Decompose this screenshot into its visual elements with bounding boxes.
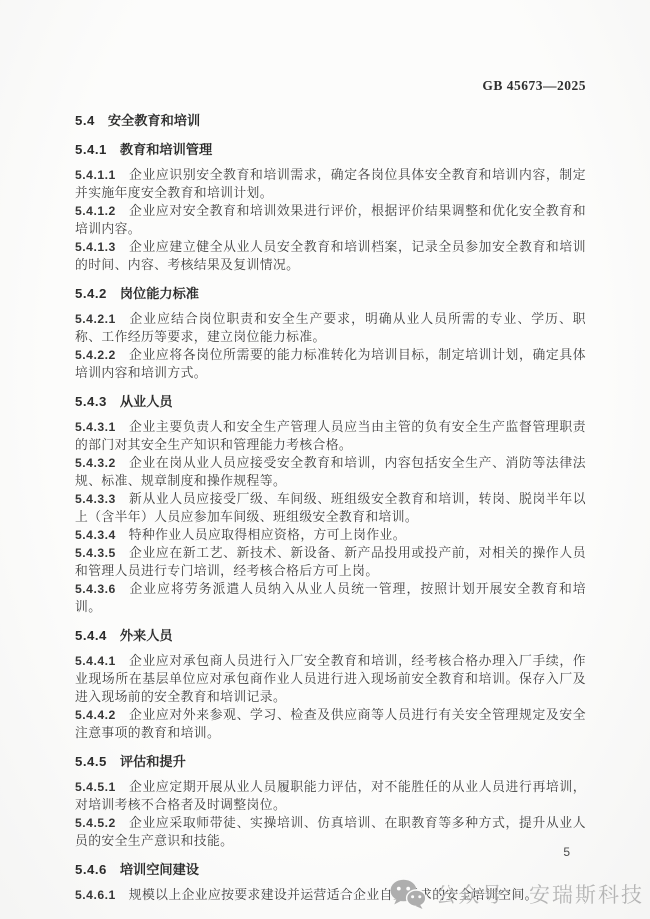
clause-number: 5.4.1 [75, 142, 107, 157]
clause-number: 5.4.5.1 [75, 780, 116, 794]
document-body: 5.4安全教育和培训5.4.1教育和培训管理5.4.1.1企业应识别安全教育和培… [75, 112, 586, 904]
clause-text: 安全教育和培训 [108, 113, 200, 128]
clause-text: 企业应将劳务派遣人员纳入从业人员统一管理，按照计划开展安全教育和培训。 [75, 582, 586, 614]
clause-text: 企业应对安全教育和培训效果进行评价，根据评价结果调整和优化安全教育和培训内容。 [75, 204, 586, 236]
clause-number: 5.4.3.2 [75, 456, 116, 470]
clause-text: 企业应识别安全教育和培训需求，确定各岗位具体安全教育和培训内容，制定并实施年度安… [75, 168, 586, 200]
standard-code: GB 45673—2025 [482, 78, 586, 94]
section-heading: 5.4安全教育和培训 [75, 112, 586, 130]
clause-number: 5.4.1.2 [75, 204, 116, 218]
clause-text: 企业应将各岗位所需要的能力标准转化为培训目标，制定培训计划，确定具体培训内容和培… [75, 348, 586, 380]
clause-text: 企业应定期开展从业人员履职能力评估，对不能胜任的从业人员进行再培训，对培训考核不… [75, 780, 586, 812]
clause-number: 5.4.3.3 [75, 492, 116, 506]
clause-text: 培训空间建设 [120, 862, 199, 877]
clause-paragraph: 5.4.1.3企业应建立健全从业人员安全教育和培训档案，记录全员参加安全教育和培… [75, 238, 586, 274]
section-heading: 5.4.5评估和提升 [75, 753, 586, 771]
clause-paragraph: 5.4.3.4特种作业人员应取得相应资格，方可上岗作业。 [75, 526, 586, 544]
clause-paragraph: 5.4.4.2企业应对外来参观、学习、检查及供应商等人员进行有关安全管理规定及安… [75, 706, 586, 742]
clause-number: 5.4.3.5 [75, 546, 116, 560]
section-heading: 5.4.3从业人员 [75, 393, 586, 411]
clause-text: 教育和培训管理 [120, 142, 212, 157]
clause-paragraph: 5.4.4.1企业应对承包商人员进行入厂安全教育和培训，经考核合格办理入厂手续，… [75, 652, 586, 706]
clause-text: 特种作业人员应取得相应资格，方可上岗作业。 [129, 528, 406, 542]
clause-text: 企业应对承包商人员进行入厂安全教育和培训，经考核合格办理入厂手续，作业现场所在基… [75, 654, 586, 704]
section-heading: 5.4.6培训空间建设 [75, 861, 586, 879]
clause-number: 5.4.3.1 [75, 420, 116, 434]
clause-paragraph: 5.4.2.1企业应结合岗位职责和安全生产要求，明确从业人员所需的专业、学历、职… [75, 310, 586, 346]
clause-number: 5.4.3.4 [75, 528, 116, 542]
clause-number: 5.4 [75, 113, 95, 128]
clause-text: 企业应建立健全从业人员安全教育和培训档案，记录全员参加安全教育和培训的时间、内容… [75, 240, 586, 272]
watermark-text: 公众号 · 安瑞斯科技 [435, 879, 644, 909]
clause-paragraph: 5.4.3.3新从业人员应接受厂级、车间级、班组级安全教育和培训，转岗、脱岗半年… [75, 490, 586, 526]
clause-text: 新从业人员应接受厂级、车间级、班组级安全教育和培训，转岗、脱岗半年以上（含半年）… [75, 492, 586, 524]
clause-text: 评估和提升 [120, 754, 186, 769]
clause-text: 企业应对外来参观、学习、检查及供应商等人员进行有关安全管理规定及安全注意事项的教… [75, 708, 586, 740]
watermark: 公众号 · 安瑞斯科技 [390, 879, 644, 909]
clause-number: 5.4.4.1 [75, 654, 116, 668]
section-heading: 5.4.2岗位能力标准 [75, 285, 586, 303]
clause-paragraph: 5.4.3.6企业应将劳务派遣人员纳入从业人员统一管理，按照计划开展安全教育和培… [75, 580, 586, 616]
clause-text: 从业人员 [120, 394, 173, 409]
clause-paragraph: 5.4.5.2企业应采取师带徒、实操培训、仿真培训、在职教育等多种方式，提升从业… [75, 814, 586, 850]
clause-paragraph: 5.4.1.1企业应识别安全教育和培训需求，确定各岗位具体安全教育和培训内容，制… [75, 166, 586, 202]
clause-number: 5.4.2.1 [75, 312, 116, 326]
clause-paragraph: 5.4.3.2企业在岗从业人员应接受安全教育和培训，内容包括安全生产、消防等法律… [75, 454, 586, 490]
clause-number: 5.4.5 [75, 754, 107, 769]
section-heading: 5.4.1教育和培训管理 [75, 141, 586, 159]
wechat-icon [390, 879, 426, 909]
clause-paragraph: 5.4.5.1企业应定期开展从业人员履职能力评估，对不能胜任的从业人员进行再培训… [75, 778, 586, 814]
clause-number: 5.4.2.2 [75, 348, 116, 362]
clause-text: 企业主要负责人和安全生产管理人员应当由主管的负有安全生产监督管理职责的部门对其安… [75, 420, 586, 452]
clause-number: 5.4.3 [75, 394, 107, 409]
clause-number: 5.4.5.2 [75, 816, 116, 830]
clause-number: 5.4.1.1 [75, 168, 116, 182]
document-page: GB 45673—2025 5.4安全教育和培训5.4.1教育和培训管理5.4.… [0, 0, 650, 919]
clause-text: 外来人员 [120, 628, 173, 643]
clause-number: 5.4.2 [75, 286, 107, 301]
clause-paragraph: 5.4.3.5企业应在新工艺、新技术、新设备、新产品投用或投产前，对相关的操作人… [75, 544, 586, 580]
section-heading: 5.4.4外来人员 [75, 627, 586, 645]
clause-number: 5.4.4 [75, 628, 107, 643]
clause-paragraph: 5.4.3.1企业主要负责人和安全生产管理人员应当由主管的负有安全生产监督管理职… [75, 418, 586, 454]
clause-text: 企业应结合岗位职责和安全生产要求，明确从业人员所需的专业、学历、职称、工作经历等… [75, 312, 586, 344]
clause-paragraph: 5.4.2.2企业应将各岗位所需要的能力标准转化为培训目标，制定培训计划，确定具… [75, 346, 586, 382]
clause-number: 5.4.1.3 [75, 240, 116, 254]
clause-text: 岗位能力标准 [120, 286, 199, 301]
clause-number: 5.4.3.6 [75, 582, 116, 596]
clause-number: 5.4.4.2 [75, 708, 116, 722]
clause-text: 企业应采取师带徒、实操培训、仿真培训、在职教育等多种方式，提升从业人员的安全生产… [75, 816, 586, 848]
clause-number: 5.4.6.1 [75, 888, 116, 902]
clause-text: 企业在岗从业人员应接受安全教育和培训，内容包括安全生产、消防等法律法规、标准、规… [75, 456, 586, 488]
clause-number: 5.4.6 [75, 862, 107, 877]
clause-paragraph: 5.4.1.2企业应对安全教育和培训效果进行评价，根据评价结果调整和优化安全教育… [75, 202, 586, 238]
page-number: 5 [563, 845, 570, 859]
clause-text: 企业应在新工艺、新技术、新设备、新产品投用或投产前，对相关的操作人员和管理人员进… [75, 546, 586, 578]
